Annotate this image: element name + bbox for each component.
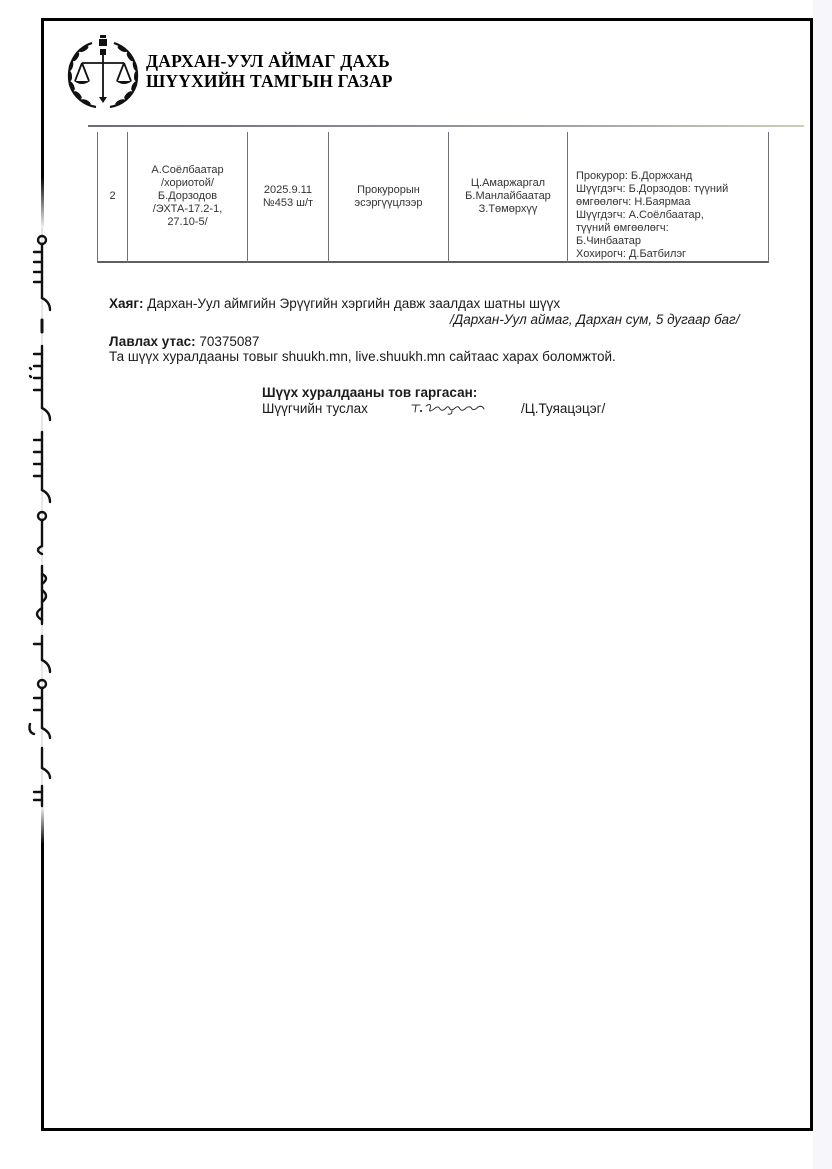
address-label: Хаяг: bbox=[109, 296, 144, 311]
party-line: 27.10-5/ bbox=[151, 216, 223, 229]
address-value: Дархан-Уул аймгийн Эрүүгийн хэргийн давж… bbox=[144, 296, 561, 311]
address-detail: /Дархан-Уул аймаг, Дархан сум, 5 дугаар … bbox=[450, 312, 739, 327]
appeal-type-line: Прокурорын bbox=[354, 184, 422, 197]
cell-appeal-type: Прокурорын эсэргүүцлээр bbox=[329, 132, 448, 261]
cell-parties: А.Соёлбаатар /хориотой/ Б.Дорзодов /ЭХТА… bbox=[128, 132, 247, 261]
phone-line: Лавлах утас: 70375087 bbox=[109, 334, 259, 350]
scales-of-justice-wreath-icon bbox=[62, 33, 144, 113]
frame-border-top bbox=[41, 18, 813, 21]
mongolian-vertical-script bbox=[20, 228, 64, 808]
judge-name: З.Төмөрхүү bbox=[465, 203, 551, 216]
handwritten-signature-icon bbox=[408, 399, 503, 417]
signer-role: Шүүгчийн туслах bbox=[262, 401, 368, 416]
frame-border-bottom bbox=[41, 1128, 813, 1131]
organization-name-line-2: ШҮҮХИЙН ТАМГЫН ГАЗАР bbox=[146, 71, 393, 91]
phone-value: 70375087 bbox=[196, 334, 260, 349]
participant-line: түүний өмгөөлөгч: bbox=[576, 222, 728, 235]
table-column-divider bbox=[768, 132, 769, 263]
cell-row-number: 2 bbox=[98, 132, 127, 261]
organization-name: ДАРХАН-УУЛ АЙМАГ ДАХЬ ШҮҮХИЙН ТАМГЫН ГАЗ… bbox=[146, 51, 393, 91]
judge-name: Ц.Амаржаргал bbox=[465, 177, 551, 190]
table-column-divider bbox=[567, 132, 568, 263]
participant-line: Прокурор: Б.Доржханд bbox=[576, 170, 728, 183]
signature-title: Шүүх хуралдааны тов гаргасан: bbox=[262, 385, 477, 400]
party-line: /хориотой/ bbox=[151, 177, 223, 190]
participant-line: Шүүгдэгч: А.Соёлбаатар, bbox=[576, 209, 728, 222]
frame-border-right bbox=[810, 18, 813, 1131]
organization-name-line-1: ДАРХАН-УУЛ АЙМАГ ДАХЬ bbox=[146, 51, 393, 71]
cell-participants: Прокурор: Б.Доржханд Шүүгдэгч: Б.Дорзодо… bbox=[576, 132, 768, 264]
judge-name: Б.Манлайбаатар bbox=[465, 190, 551, 203]
cell-decision: 2025.9.11 №453 ш/т bbox=[248, 132, 328, 261]
participant-line: Б.Чинбаатар bbox=[576, 235, 728, 248]
page-edge-shade bbox=[813, 0, 832, 1169]
table-top-border bbox=[88, 125, 804, 127]
participant-line: Хохирогч: Д.Батбилэг bbox=[576, 248, 728, 261]
decision-number: №453 ш/т bbox=[263, 197, 313, 210]
appeal-type-line: эсэргүүцлээр bbox=[354, 197, 422, 210]
phone-label: Лавлах утас: bbox=[109, 334, 196, 349]
party-line: Б.Дорзодов bbox=[151, 190, 223, 203]
address-line: Хаяг: Дархан-Уул аймгийн Эрүүгийн хэргий… bbox=[109, 296, 560, 312]
party-line: /ЭХТА-17.2-1, bbox=[151, 203, 223, 216]
cell-judges: Ц.Амаржаргал Б.Манлайбаатар З.Төмөрхүү bbox=[449, 132, 567, 261]
frame-border-left-lower bbox=[41, 805, 44, 1131]
party-line: А.Соёлбаатар bbox=[151, 164, 223, 177]
decision-date: 2025.9.11 bbox=[263, 184, 313, 197]
participant-line: Шүүгдэгч: Б.Дорзодов: түүний bbox=[576, 183, 728, 196]
schedule-note: Та шүүх хуралдааны товыг shuukh.mn, live… bbox=[109, 349, 616, 365]
signer-name: /Ц.Туяацэцэг/ bbox=[521, 401, 605, 416]
frame-border-left-upper bbox=[41, 18, 44, 230]
participant-line: өмгөөлөгч: Н.Баярмаа bbox=[576, 196, 728, 209]
